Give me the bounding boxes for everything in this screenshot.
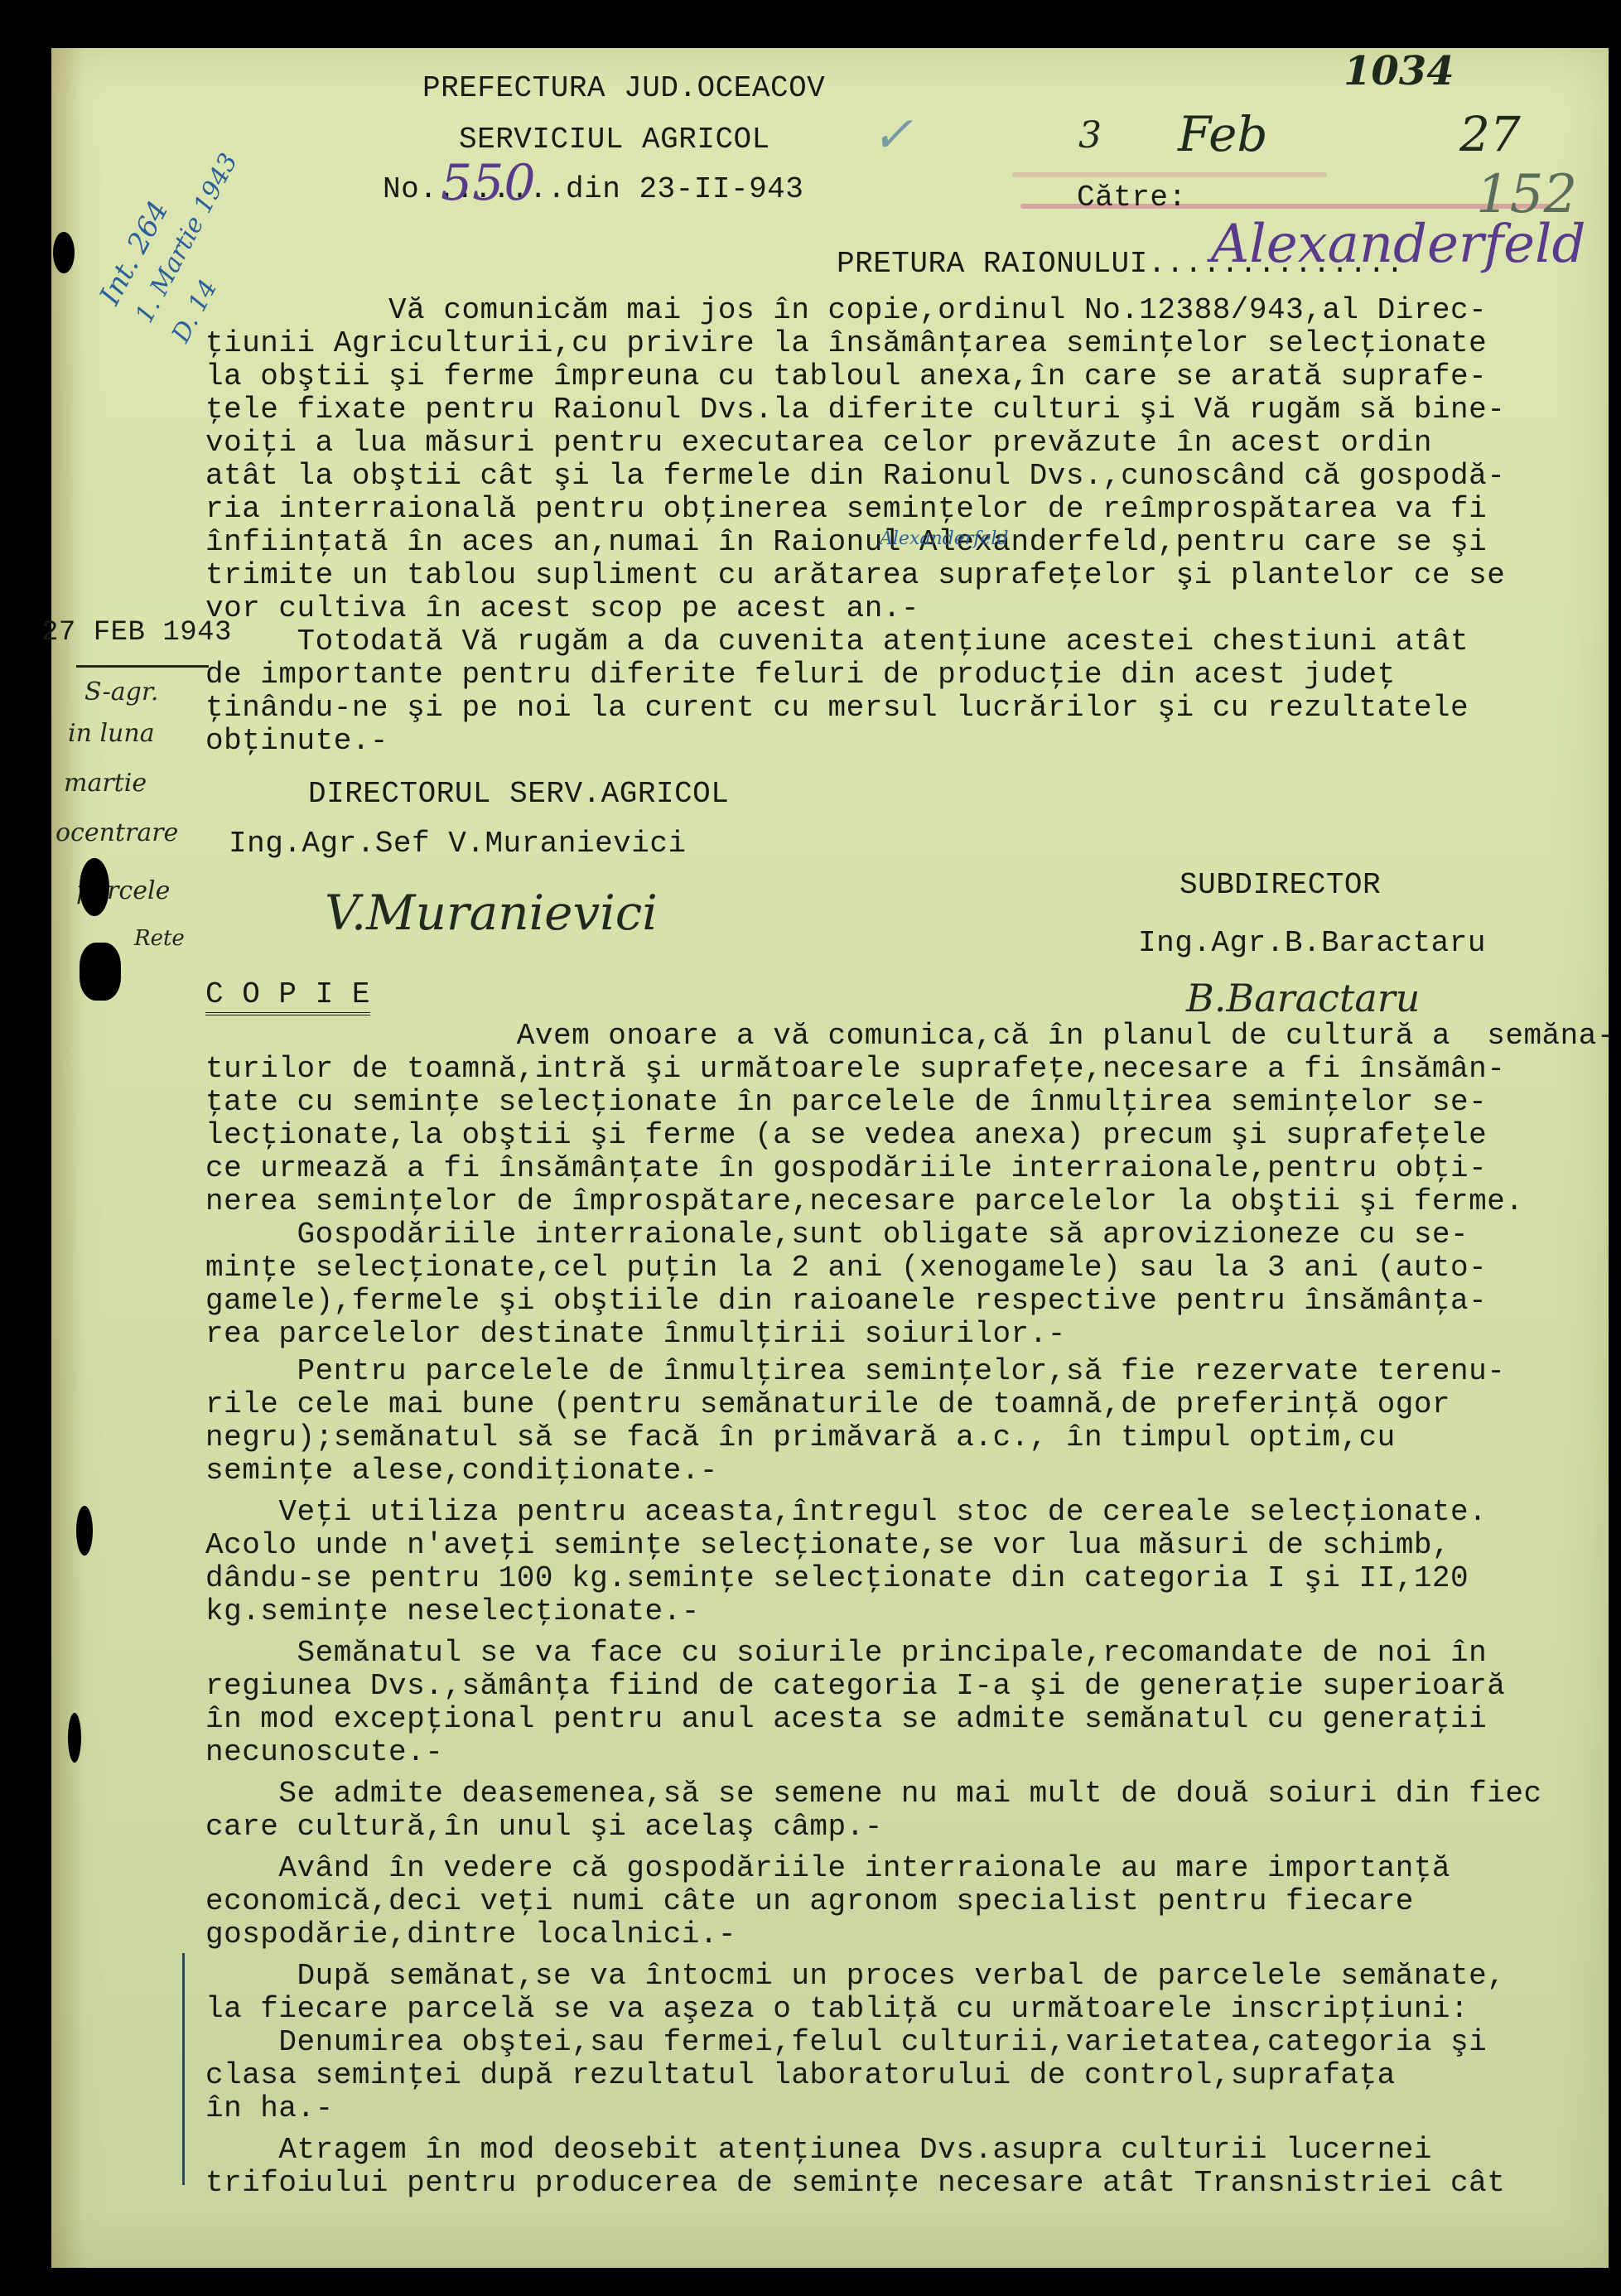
letter-line: ţiunii Agriculturii,cu privire la însămâ… bbox=[205, 326, 1487, 361]
registry-number: 1034 bbox=[1344, 48, 1455, 94]
registry-day: 3 bbox=[1078, 114, 1102, 157]
insert-note: Alexanderfeld bbox=[880, 528, 1009, 549]
copy-line: Acolo unde n'aveţi seminţe selecţionate,… bbox=[205, 1528, 1450, 1563]
letter-line: Vă comunicăm mai jos în copie,ordinul No… bbox=[205, 293, 1487, 328]
director-signature: V.Muranievici bbox=[325, 885, 658, 941]
punch-hole bbox=[80, 943, 121, 1001]
copy-line: ţate cu seminţe selecţionate în parcelel… bbox=[205, 1085, 1487, 1120]
letter-line: trimite un tablou supliment cu arătarea … bbox=[205, 558, 1505, 593]
copy-line: seminţe alese,condiţionate.- bbox=[205, 1454, 718, 1488]
letter-line: la obştii şi ferme împreuna cu tabloul a… bbox=[205, 359, 1487, 394]
recipient-label: Către: bbox=[1077, 181, 1187, 215]
director-title: DIRECTORUL SERV.AGRICOL bbox=[308, 777, 729, 812]
punch-hole bbox=[76, 1506, 93, 1556]
copy-line: lecţionate,la obştii şi ferme (a se vede… bbox=[205, 1118, 1487, 1153]
copy-line: dându-se pentru 100 kg.seminţe selecţion… bbox=[205, 1561, 1469, 1596]
margin-note-line: Rete bbox=[134, 926, 185, 951]
copy-line: negru);semănatul să se facă în primăvară… bbox=[205, 1421, 1396, 1455]
copy-line: necunoscute.- bbox=[205, 1735, 443, 1770]
letter-line: voiţi a lua măsuri pentru executarea cel… bbox=[205, 426, 1432, 461]
copy-line: economică,deci veţi numi câte un agronom… bbox=[205, 1884, 1414, 1919]
institution-title: PREFECTURA JUD.OCEACOV bbox=[422, 71, 825, 106]
letter-line: vor cultiva în acest scop pe acest an.- bbox=[205, 591, 919, 626]
stamp-line bbox=[1012, 172, 1327, 177]
recipient-handwritten: Alexanderfeld bbox=[1211, 214, 1585, 275]
letter-line: obţinute.- bbox=[205, 724, 388, 759]
letter-line: ţele fixate pentru Raionul Dvs.la diferi… bbox=[205, 393, 1505, 427]
copy-line: Atragem în mod deosebit atenţiunea Dvs.a… bbox=[205, 2133, 1432, 2168]
subdirector-title: SUBDIRECTOR bbox=[1180, 868, 1381, 903]
copy-heading: C O P I E bbox=[205, 977, 370, 1015]
letter-line: de importante pentru diferite feluri de … bbox=[205, 658, 1396, 692]
copy-line: regiunea Dvs.,sămânţa fiind de categoria… bbox=[205, 1669, 1505, 1704]
subdirector-name: Ing.Agr.B.Baractaru bbox=[1138, 926, 1486, 961]
copy-line: rea parcelelor destinate înmulţirii soiu… bbox=[205, 1317, 1066, 1352]
copy-line: gospodărie,dintre localnici.- bbox=[205, 1917, 736, 1952]
copy-line: Avem onoare a vă comunica,că în planul d… bbox=[205, 1019, 1615, 1054]
registry-day2: 27 bbox=[1459, 106, 1521, 162]
copy-line: Denumirea obştei,sau fermei,felul cultur… bbox=[205, 2025, 1487, 2060]
margin-note-line: in luna bbox=[68, 719, 155, 748]
department-title: SERVICIUL AGRICOL bbox=[459, 123, 770, 157]
copy-line: nerea seminţelor de împrospătare,necesar… bbox=[205, 1184, 1523, 1219]
copy-line: care cultură,în unul şi acelaş câmp.- bbox=[205, 1810, 883, 1845]
punch-hole bbox=[53, 232, 75, 273]
copy-line: Gospodăriile interraionale,sunt obligate… bbox=[205, 1218, 1469, 1252]
copy-line: turilor de toamnă,intră şi următoarele s… bbox=[205, 1052, 1505, 1087]
margin-bracket bbox=[182, 1953, 185, 2185]
punch-hole bbox=[80, 858, 109, 916]
punch-hole bbox=[68, 1713, 81, 1763]
copy-line: Veţi utiliza pentru aceasta,întregul sto… bbox=[205, 1495, 1487, 1530]
handwritten-number: 550 bbox=[441, 154, 536, 212]
copy-line: Având în vedere că gospodăriile interrai… bbox=[205, 1851, 1450, 1886]
copy-line: kg.seminţe neselecţionate.- bbox=[205, 1594, 700, 1629]
letter-line: atât la obştii cât şi la fermele din Rai… bbox=[205, 459, 1505, 494]
copy-line: După semănat,se va întocmi un proces ver… bbox=[205, 1959, 1505, 1994]
margin-note-line: martie bbox=[64, 769, 147, 798]
copy-line: gamele),fermele şi obştiile din raioanel… bbox=[205, 1284, 1487, 1319]
registry-month: Feb bbox=[1178, 106, 1268, 162]
margin-note-line: ocentrare bbox=[55, 818, 178, 847]
copy-line: Semănatul se va face cu soiurile princip… bbox=[205, 1636, 1487, 1671]
copy-line: rile cele mai bune (pentru semănaturile … bbox=[205, 1387, 1450, 1422]
copy-line: trifoiului pentru producerea de seminţe … bbox=[205, 2166, 1505, 2201]
letter-line: Totodată Vă rugăm a da cuvenita atenţiun… bbox=[205, 625, 1469, 659]
copy-line: clasa seminţei după rezultatul laborator… bbox=[205, 2058, 1396, 2093]
copy-line: minţe selecţionate,cel puţin la 2 ani (x… bbox=[205, 1251, 1487, 1285]
letter-line: ţinându-ne şi pe noi la curent cu mersul… bbox=[205, 691, 1469, 726]
copy-line: la fiecare parcelă se va aşeza o tabliţă… bbox=[205, 1992, 1469, 2027]
checkmark-icon: ✓ bbox=[871, 106, 913, 164]
letter-line: ria interraională pentru obţinerea semin… bbox=[205, 492, 1487, 527]
copy-line: în ha.- bbox=[205, 2091, 334, 2126]
subdirector-signature: B.Baractaru bbox=[1186, 976, 1420, 1020]
director-name: Ing.Agr.Sef V.Muranievici bbox=[229, 827, 687, 861]
number-date: .din 23-II-943 bbox=[548, 172, 803, 206]
margin-note-line: S-agr. bbox=[84, 678, 158, 707]
document-page: PREFECTURA JUD.OCEACOV SERVICIUL AGRICOL… bbox=[51, 48, 1609, 2268]
margin-rule bbox=[76, 665, 209, 668]
copy-line: Pentru parcelele de înmulţirea seminţelo… bbox=[205, 1354, 1505, 1389]
copy-line: Se admite deasemenea,să se semene nu mai… bbox=[205, 1777, 1542, 1811]
copy-line: ce urmează a fi însămânţate în gospodări… bbox=[205, 1151, 1487, 1186]
number-prefix: No. bbox=[383, 172, 437, 206]
copy-line: în mod excepţional pentru anul acesta se… bbox=[205, 1702, 1487, 1737]
date-stamp: 27 FEB 1943 bbox=[41, 615, 232, 650]
letter-line: înfiinţată în aces an,numai în Raionul A… bbox=[205, 525, 1487, 560]
